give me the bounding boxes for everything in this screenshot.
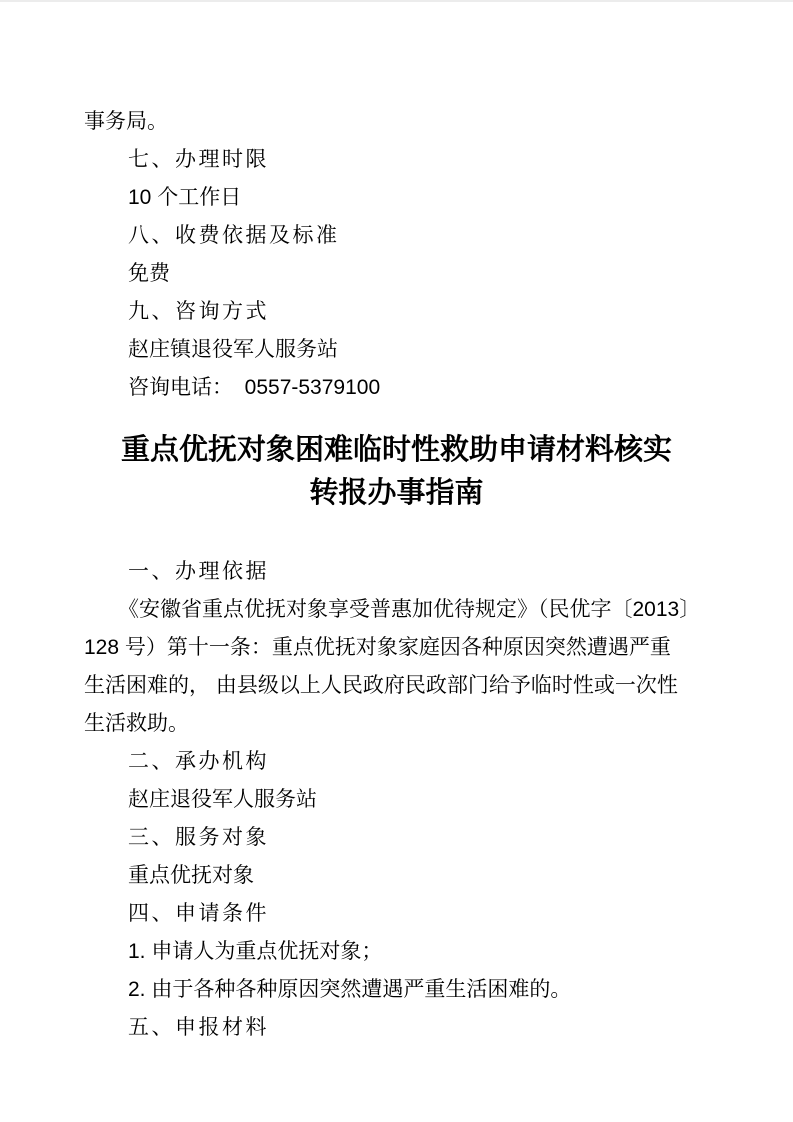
document-title-line1: 重点优抚对象困难临时性救助申请材料核实 <box>121 434 672 466</box>
text-agency-name: 赵庄退役军人服务站 <box>84 781 709 819</box>
list-item-condition-1: 1. 申请人为重点优抚对象； <box>84 933 709 971</box>
text-service-station: 赵庄镇退役军人服务站 <box>84 331 709 369</box>
text-consultation-phone: 咨询电话： 0557-5379100 <box>84 369 709 407</box>
heading-service-target: 三、服务对象 <box>84 819 709 857</box>
heading-application-materials: 五、申报材料 <box>84 1009 709 1047</box>
paragraph-basis-line-2: 128 号）第十一条：重点优抚对象家庭因各种原因突然遭遇严重 <box>84 629 709 667</box>
heading-consultation-method: 九、咨询方式 <box>84 293 709 331</box>
heading-time-limit: 七、办理时限 <box>84 141 709 179</box>
document-page: 事务局。 七、办理时限 10 个工作日 八、收费依据及标准 免费 九、咨询方式 … <box>0 0 793 1122</box>
heading-application-conditions: 四、申请条件 <box>84 895 709 933</box>
document-title: 重点优抚对象困难临时性救助申请材料核实转报办事指南 <box>84 429 709 515</box>
paragraph-tail: 事务局。 <box>84 103 709 141</box>
text-free: 免费 <box>84 255 709 293</box>
paragraph-basis-line-3: 生活困难的， 由县级以上人民政府民政部门给予临时性或一次性 <box>84 667 709 705</box>
heading-undertaking-agency: 二、承办机构 <box>84 743 709 781</box>
text-service-target: 重点优抚对象 <box>84 857 709 895</box>
heading-fee-basis: 八、收费依据及标准 <box>84 217 709 255</box>
paragraph-basis-line-4: 生活救助。 <box>84 705 709 743</box>
heading-processing-basis: 一、办理依据 <box>84 553 709 591</box>
list-item-condition-2: 2. 由于各种各种原因突然遭遇严重生活困难的。 <box>84 971 709 1009</box>
text-working-days: 10 个工作日 <box>84 179 709 217</box>
document-title-line2: 转报办事指南 <box>309 477 483 509</box>
paragraph-basis-line-1: 《安徽省重点优抚对象享受普惠加优待规定》（民优字〔2013〕 <box>84 591 709 629</box>
